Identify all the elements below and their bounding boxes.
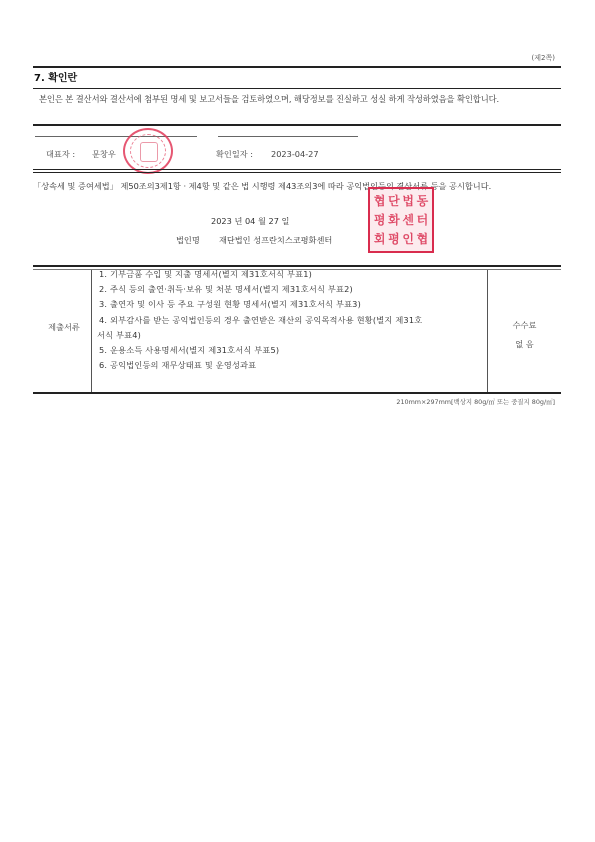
seal-char: 평 [373, 211, 386, 229]
page-number-label: (제2쪽) [532, 53, 555, 63]
confirmation-statement: 본인은 본 결산서와 결산서에 첨부된 명세 및 보고서들을 검토하였으며, 해… [39, 91, 554, 108]
representative-label: 대표자 : [46, 149, 75, 160]
submission-documents-list: 1. 기부금품 수입 및 지출 명세서(별지 제31호서식 부표1) 2. 주식… [99, 267, 487, 373]
top-rule [33, 66, 561, 68]
seal-char: 화 [387, 211, 400, 229]
seal-char: 법 [402, 192, 415, 210]
signature-rule-top [33, 169, 561, 170]
paper-spec-footnote: 210mm×297mm[백상지 80g/㎡ 또는 중질지 80g/㎡] [396, 397, 555, 406]
confirm-date-value: 2023-04-27 [271, 149, 319, 159]
corporation-name-row: 법인명 재단법인 성프란치스코평화센터 [176, 235, 332, 246]
signature-line-date [218, 136, 358, 137]
seal-char: 단 [387, 192, 400, 210]
seal-char: 인 [402, 230, 415, 248]
seal-char: 평 [387, 230, 400, 248]
fee-cell: 수수료 없 음 [492, 316, 557, 354]
section-rule [33, 88, 561, 89]
seal-char: 협 [416, 230, 429, 248]
corporate-seal-stamp: 협 단 법 동 평 화 센 터 회 평 인 협 [368, 187, 434, 253]
disclosure-notice: 「상속세 및 증여세법」 제50조의3제1항 · 제4항 및 같은 법 시행령 … [33, 178, 553, 195]
corporation-name-label: 법인명 [176, 235, 200, 245]
signature-rule-bottom [33, 172, 561, 173]
corporation-name: 재단법인 성프란치스코평화센터 [219, 235, 332, 245]
confirm-date-label: 확인일자 : [216, 149, 253, 160]
round-seal-stamp [123, 128, 173, 174]
fee-value: 없 음 [492, 335, 557, 354]
submission-documents-label: 제출서류 [35, 322, 93, 333]
signature-line-representative [35, 136, 197, 137]
seal-char: 회 [373, 230, 386, 248]
representative-name: 문창우 [92, 149, 116, 160]
table-divider-right [487, 270, 488, 393]
document-item: 1. 기부금품 수입 및 지출 명세서(별지 제31호서식 부표1) [99, 267, 487, 282]
seal-char: 센 [402, 211, 415, 229]
seal-char: 터 [416, 211, 429, 229]
document-item: 3. 출연자 및 이사 등 주요 구성원 현황 명세서(별지 제31호서식 부표… [99, 297, 487, 312]
document-item: 2. 주식 등의 출연·취득·보유 및 처분 명세서(별지 제31호서식 부표2… [99, 282, 487, 297]
document-item: 5. 운용소득 사용명세서(별지 제31호서식 부표5) [99, 343, 487, 358]
section-title: 7. 확인란 [34, 69, 77, 84]
seal-char: 동 [416, 192, 429, 210]
document-item: 6. 공익법인등의 재무상태표 및 운영성과표 [99, 358, 487, 373]
statement-rule [33, 124, 561, 126]
fee-label: 수수료 [492, 316, 557, 335]
document-item-continuation: 서식 부표4) [97, 328, 487, 343]
seal-char: 협 [373, 192, 386, 210]
document-item: 4. 외부감사를 받는 공익법인등의 경우 출연받은 재산의 공익목적사용 현황… [99, 313, 487, 328]
table-bottom-rule [33, 392, 561, 394]
notice-date: 2023 년 04 월 27 일 [211, 216, 289, 227]
